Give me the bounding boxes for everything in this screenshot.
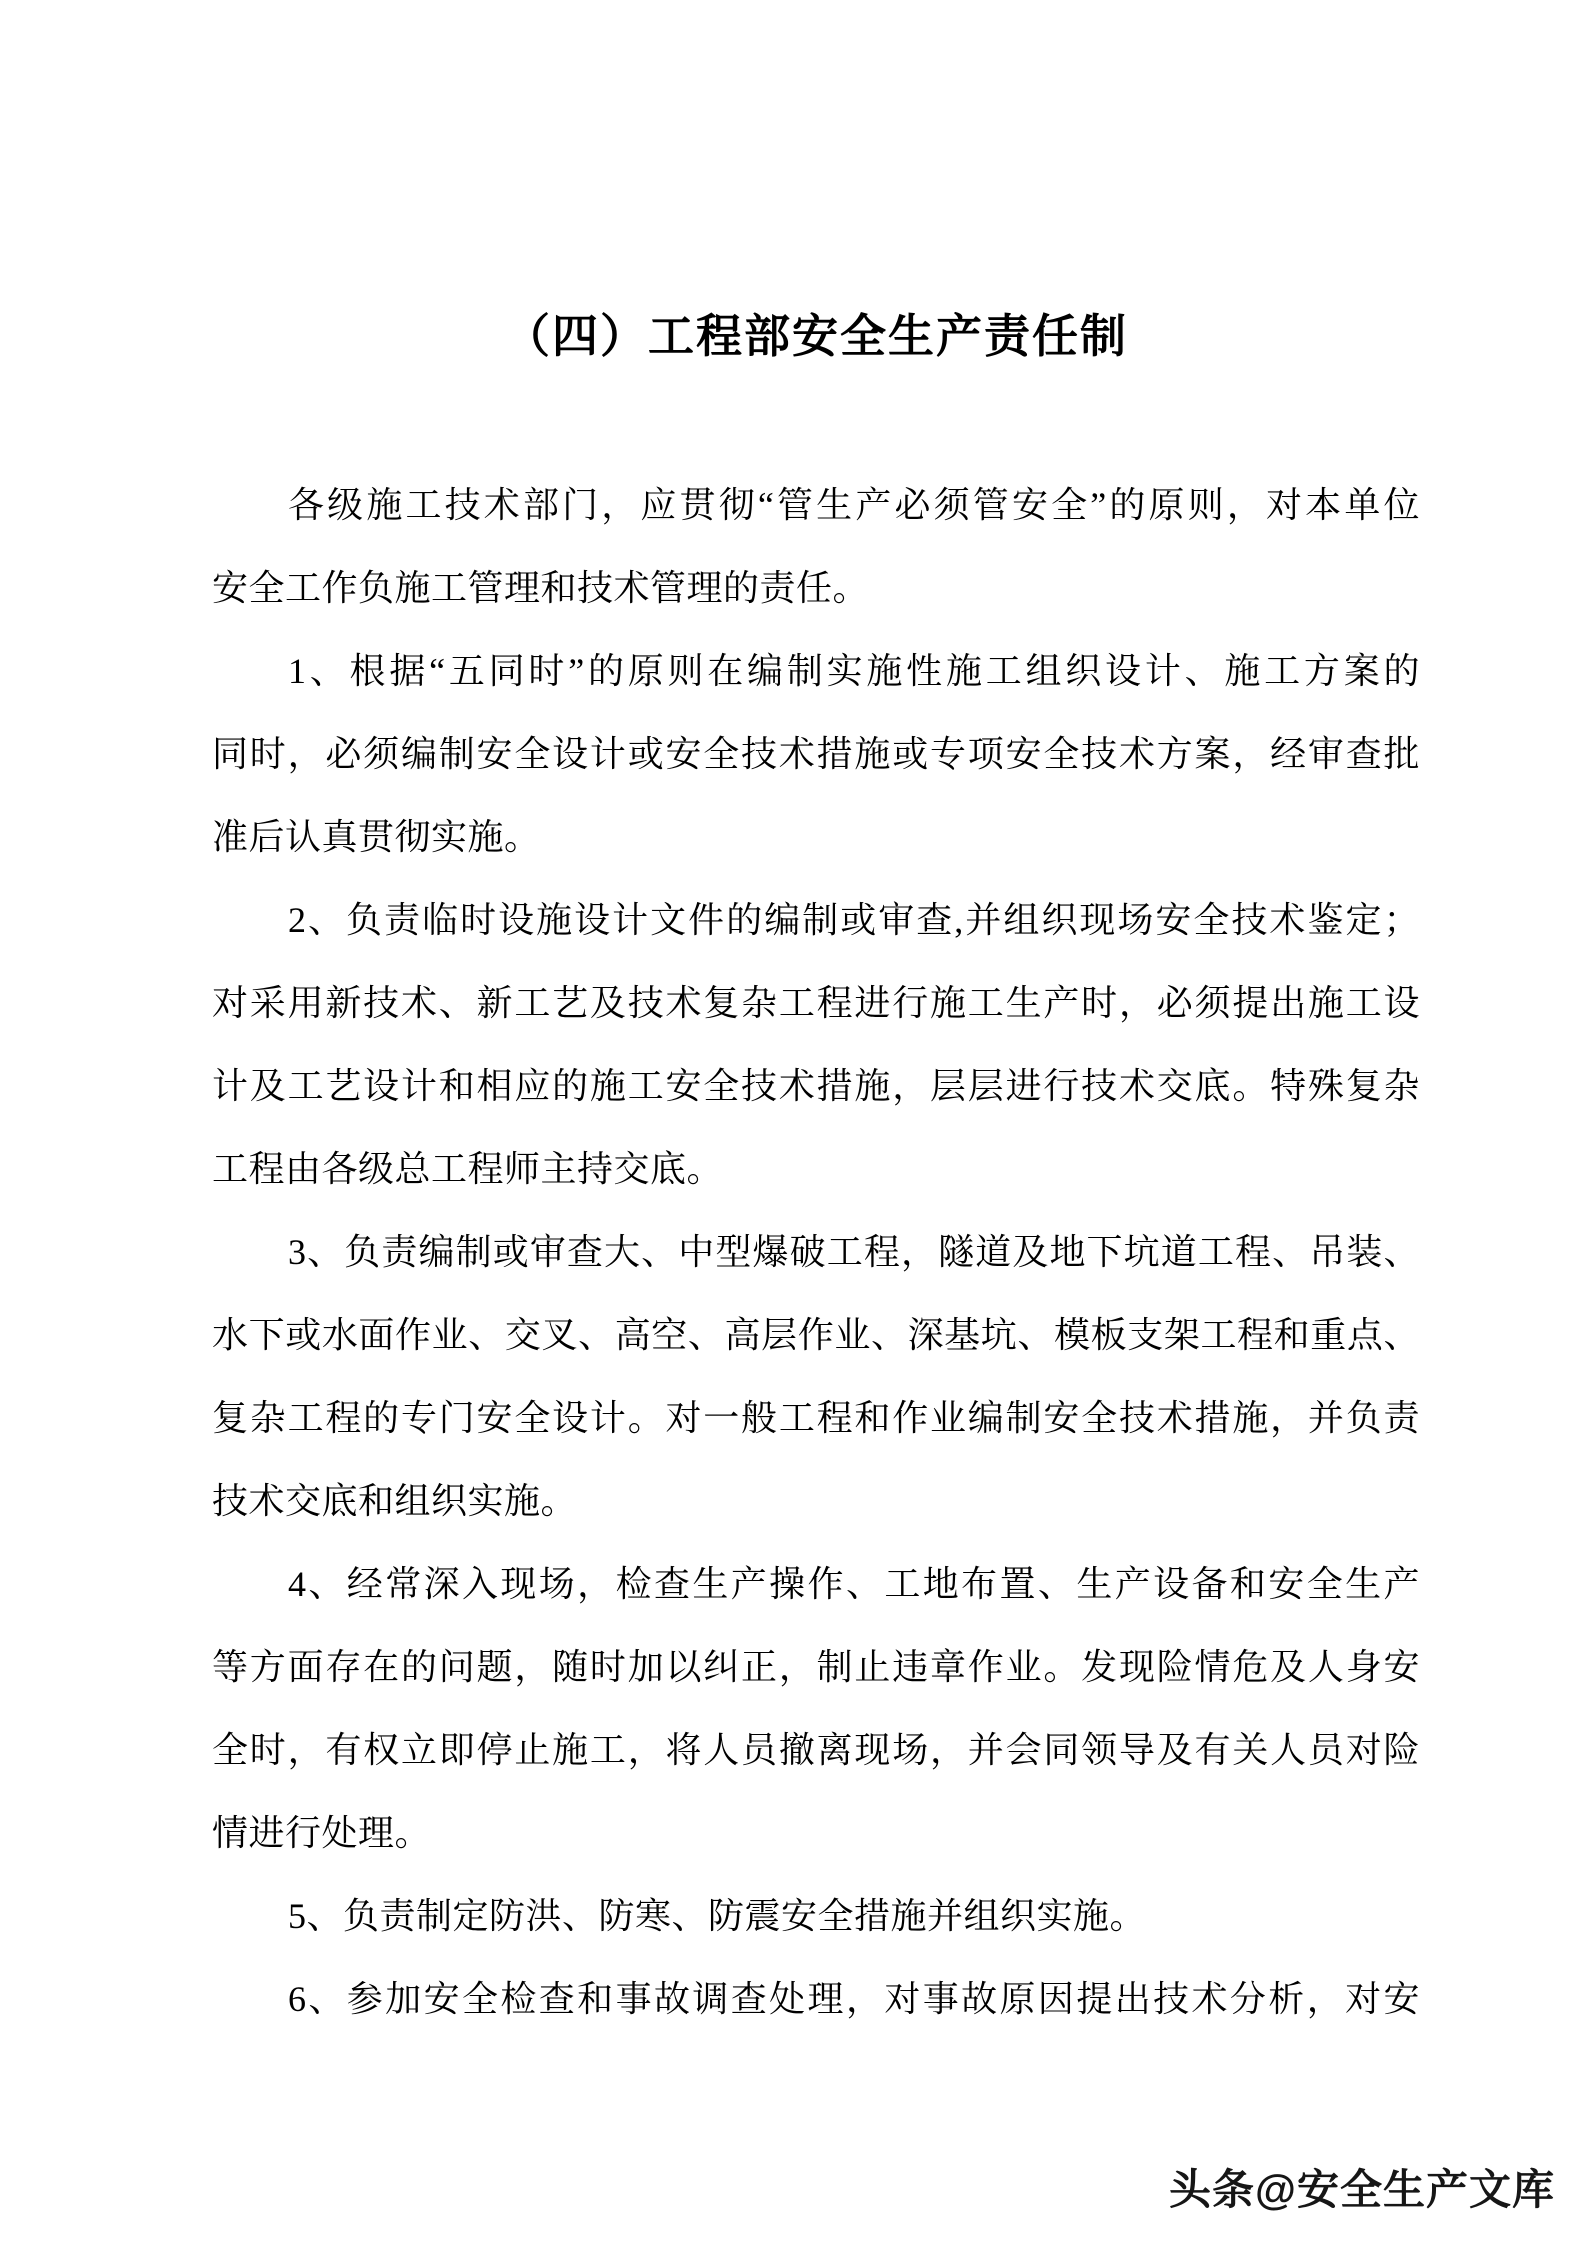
paragraph: 5、负责制定防洪、防寒、防震安全措施并组织实施。 [212, 1875, 1420, 1958]
text-line: 水下或水面作业、交叉、高空、高层作业、深基坑、模板支架工程和重点、 [212, 1294, 1420, 1377]
paragraph: 2、负责临时设施设计文件的编制或审查,并组织现场安全技术鉴定；对采用新技术、新工… [212, 879, 1420, 1211]
text-line: 2、负责临时设施设计文件的编制或审查,并组织现场安全技术鉴定； [212, 879, 1420, 962]
document-title: （四）工程部安全生产责任制 [212, 308, 1420, 364]
text-line: 4、经常深入现场，检查生产操作、工地布置、生产设备和安全生产 [212, 1543, 1420, 1626]
paragraph: 3、负责编制或审查大、中型爆破工程，隧道及地下坑道工程、吊装、水下或水面作业、交… [212, 1211, 1420, 1543]
document-page: （四）工程部安全生产责任制 各级施工技术部门，应贯彻“管生产必须管安全”的原则，… [0, 0, 1587, 2245]
text-line: 5、负责制定防洪、防寒、防震安全措施并组织实施。 [212, 1875, 1420, 1958]
text-line: 准后认真贯彻实施。 [212, 796, 1420, 879]
text-line: 计及工艺设计和相应的施工安全技术措施，层层进行技术交底。特殊复杂 [212, 1045, 1420, 1128]
watermark: 头条@安全生产文库 [1169, 2157, 1555, 2217]
document-body: 各级施工技术部门，应贯彻“管生产必须管安全”的原则，对本单位安全工作负施工管理和… [212, 464, 1420, 2041]
text-line: 全时，有权立即停止施工，将人员撤离现场，并会同领导及有关人员对险 [212, 1709, 1420, 1792]
paragraph: 6、参加安全检查和事故调查处理，对事故原因提出技术分析，对安 [212, 1958, 1420, 2041]
text-line: 情进行处理。 [212, 1792, 1420, 1875]
text-line: 1、根据“五同时”的原则在编制实施性施工组织设计、施工方案的 [212, 630, 1420, 713]
paragraph: 1、根据“五同时”的原则在编制实施性施工组织设计、施工方案的同时，必须编制安全设… [212, 630, 1420, 879]
text-line: 3、负责编制或审查大、中型爆破工程，隧道及地下坑道工程、吊装、 [212, 1211, 1420, 1294]
text-line: 同时，必须编制安全设计或安全技术措施或专项安全技术方案，经审查批 [212, 713, 1420, 796]
text-line: 等方面存在的问题，随时加以纠正，制止违章作业。发现险情危及人身安 [212, 1626, 1420, 1709]
text-line: 对采用新技术、新工艺及技术复杂工程进行施工生产时，必须提出施工设 [212, 962, 1420, 1045]
text-line: 6、参加安全检查和事故调查处理，对事故原因提出技术分析，对安 [212, 1958, 1420, 2041]
text-line: 安全工作负施工管理和技术管理的责任。 [212, 547, 1420, 630]
paragraph: 4、经常深入现场，检查生产操作、工地布置、生产设备和安全生产等方面存在的问题，随… [212, 1543, 1420, 1875]
paragraph: 各级施工技术部门，应贯彻“管生产必须管安全”的原则，对本单位安全工作负施工管理和… [212, 464, 1420, 630]
document-content: （四）工程部安全生产责任制 各级施工技术部门，应贯彻“管生产必须管安全”的原则，… [212, 0, 1420, 2041]
text-line: 各级施工技术部门，应贯彻“管生产必须管安全”的原则，对本单位 [212, 464, 1420, 547]
text-line: 工程由各级总工程师主持交底。 [212, 1128, 1420, 1211]
text-line: 技术交底和组织实施。 [212, 1460, 1420, 1543]
text-line: 复杂工程的专门安全设计。对一般工程和作业编制安全技术措施，并负责 [212, 1377, 1420, 1460]
